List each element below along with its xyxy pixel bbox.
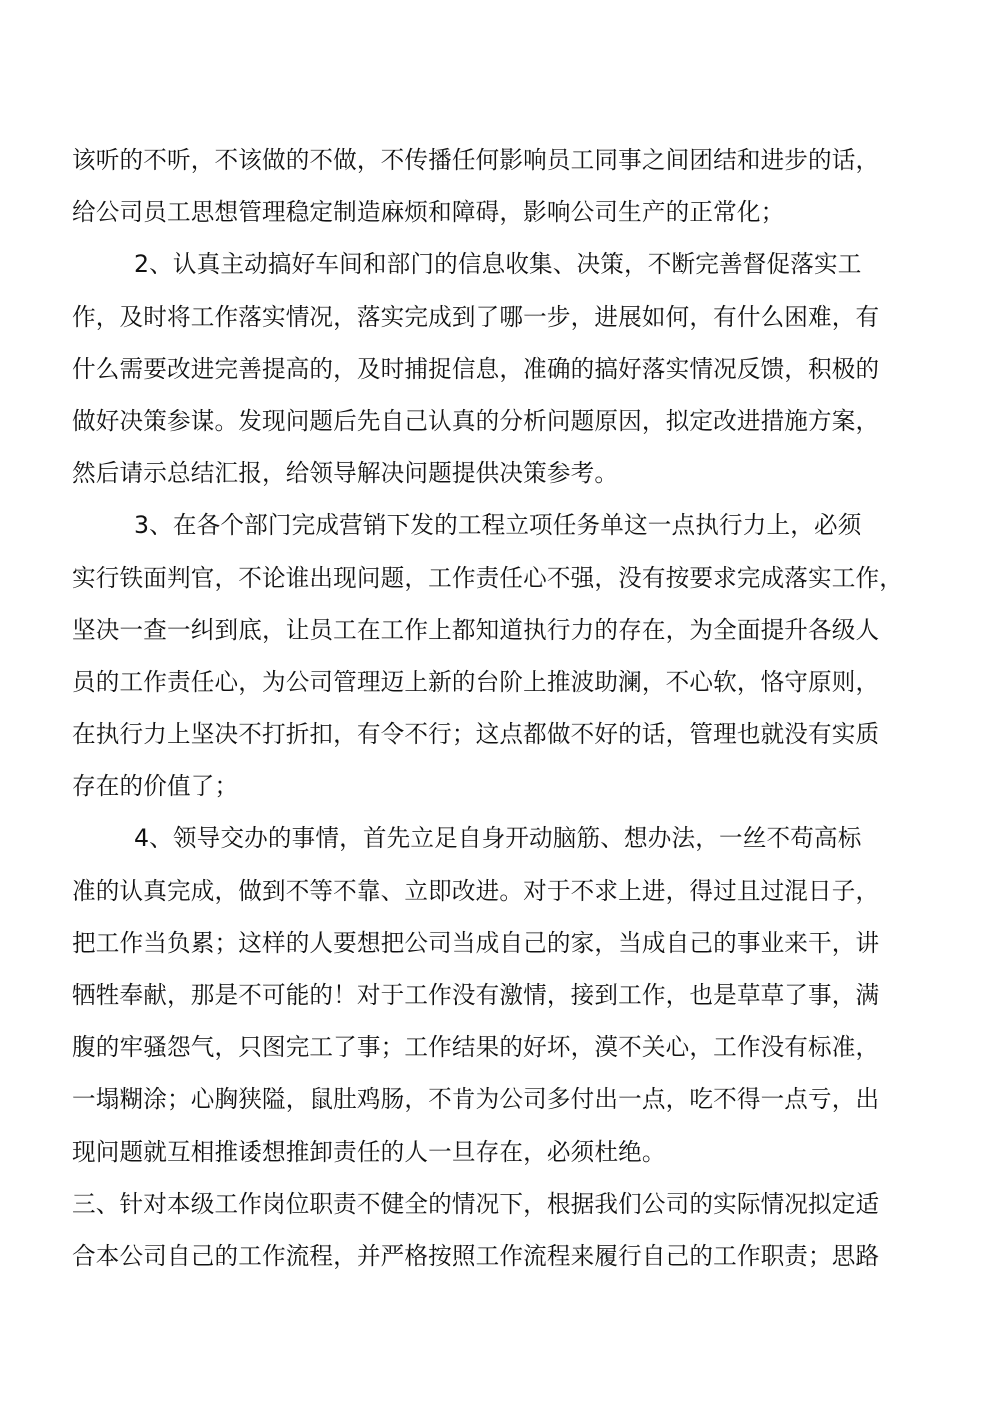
text-line: 该听的不听，不该做的不做，不传播任何影响员工同事之间团结和进步的话， <box>72 134 932 186</box>
document-body: 该听的不听，不该做的不做，不传播任何影响员工同事之间团结和进步的话， 给公司员工… <box>72 134 932 1282</box>
text-line: 腹的牢骚怨气，只图完工了事；工作结果的好坏，漠不关心，工作没有标准， <box>72 1021 932 1073</box>
paragraph-section-3: 三、针对本级工作岗位职责不健全的情况下，根据我们公司的实际情况拟定适 合本公司自… <box>72 1178 932 1282</box>
text-line: 给公司员工思想管理稳定制造麻烦和障碍，影响公司生产的正常化； <box>72 186 932 238</box>
text-line: 做好决策参谋。发现问题后先自己认真的分析问题原因，拟定改进措施方案， <box>72 395 932 447</box>
text-line: 合本公司自己的工作流程，并严格按照工作流程来履行自己的工作职责；思路 <box>72 1230 932 1282</box>
text-line: 坚决一查一纠到底，让员工在工作上都知道执行力的存在，为全面提升各级人 <box>72 604 932 656</box>
section-heading-line: 三、针对本级工作岗位职责不健全的情况下，根据我们公司的实际情况拟定适 <box>72 1178 932 1230</box>
text-line: 一塌糊涂；心胸狭隘，鼠肚鸡肠，不肯为公司多付出一点，吃不得一点亏，出 <box>72 1073 932 1125</box>
text-line: 把工作当负累；这样的人要想把公司当成自己的家，当成自己的事业来干，讲 <box>72 917 932 969</box>
text-line: 然后请示总结汇报，给领导解决问题提供决策参考。 <box>72 447 932 499</box>
document-page: 该听的不听，不该做的不做，不传播任何影响员工同事之间团结和进步的话， 给公司员工… <box>0 0 1000 1415</box>
text-line: 作，及时将工作落实情况，落实完成到了哪一步，进展如何，有什么困难，有 <box>72 291 932 343</box>
paragraph-continuation: 该听的不听，不该做的不做，不传播任何影响员工同事之间团结和进步的话， 给公司员工… <box>72 134 932 238</box>
text-line-first: 4、领导交办的事情，首先立足自身开动脑筋、想办法，一丝不苟高标 <box>72 812 932 864</box>
text-line: 什么需要改进完善提高的，及时捕捉信息，准确的搞好落实情况反馈，积极的 <box>72 343 932 395</box>
paragraph-item-2: 2、认真主动搞好车间和部门的信息收集、决策，不断完善督促落实工 作，及时将工作落… <box>72 238 932 499</box>
text-line: 存在的价值了； <box>72 760 932 812</box>
text-line: 员的工作责任心，为公司管理迈上新的台阶上推波助澜，不心软，恪守原则， <box>72 656 932 708</box>
text-line: 准的认真完成，做到不等不靠、立即改进。对于不求上进，得过且过混日子， <box>72 865 932 917</box>
paragraph-item-3: 3、在各个部门完成营销下发的工程立项任务单这一点执行力上，必须 实行铁面判官，不… <box>72 499 932 812</box>
text-line-first: 2、认真主动搞好车间和部门的信息收集、决策，不断完善督促落实工 <box>72 238 932 290</box>
text-line: 现问题就互相推诿想推卸责任的人一旦存在，必须杜绝。 <box>72 1126 932 1178</box>
text-line: 实行铁面判官，不论谁出现问题，工作责任心不强，没有按要求完成落实工作， <box>72 552 932 604</box>
paragraph-item-4: 4、领导交办的事情，首先立足自身开动脑筋、想办法，一丝不苟高标 准的认真完成，做… <box>72 812 932 1177</box>
text-line-first: 3、在各个部门完成营销下发的工程立项任务单这一点执行力上，必须 <box>72 499 932 551</box>
text-line: 牺牲奉献，那是不可能的！对于工作没有激情，接到工作，也是草草了事，满 <box>72 969 932 1021</box>
text-line: 在执行力上坚决不打折扣，有令不行；这点都做不好的话，管理也就没有实质 <box>72 708 932 760</box>
